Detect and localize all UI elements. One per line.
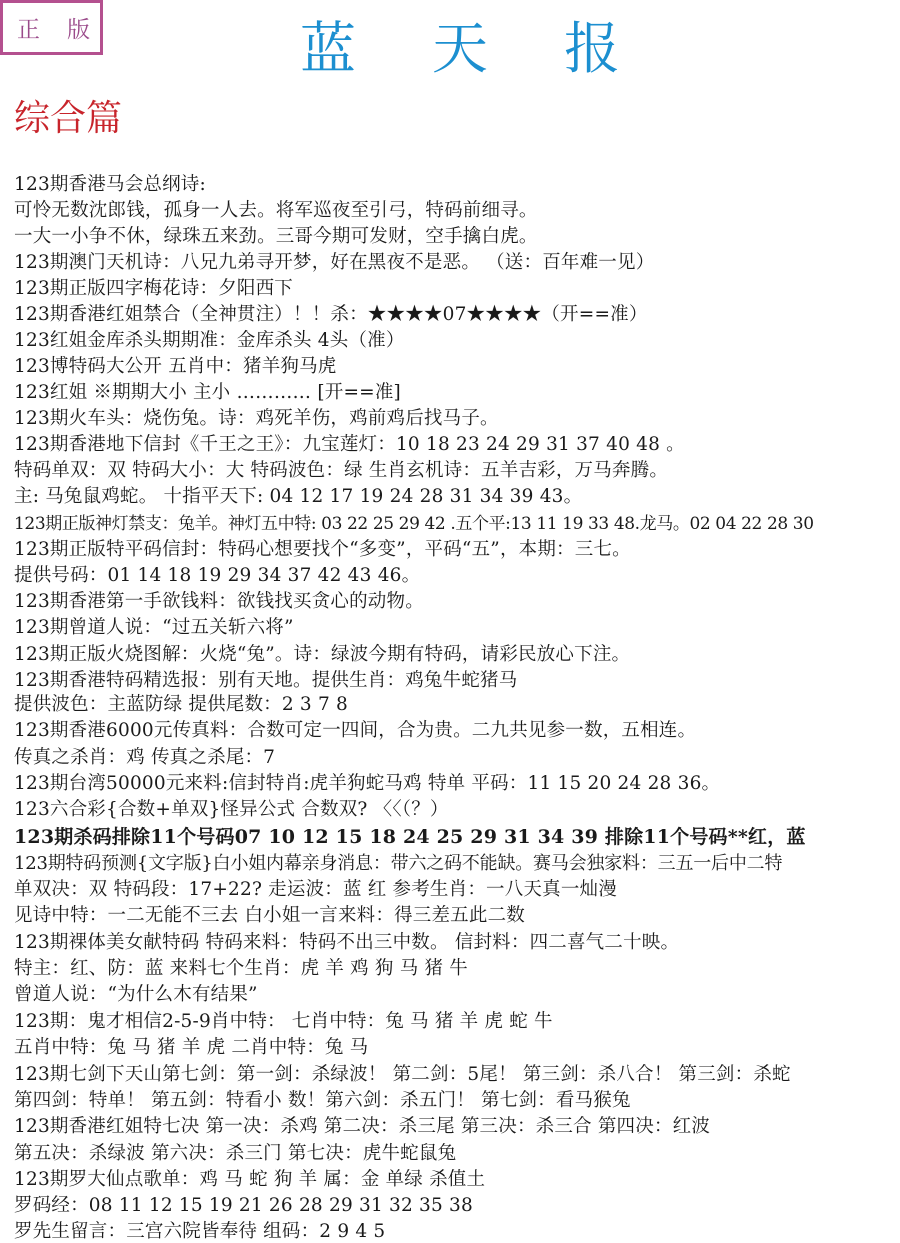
text-line: 123期裸体美女献特码 特码来料：特码不出三中数。 信封料：四二喜气二十映。 xyxy=(14,931,679,955)
text-line: 123期香港6000元传真料：合数可定一四间，合为贵。二九共见参一数，五相连。 xyxy=(14,719,696,743)
text-line: 123期香港特码精选报：别有天地。提供生肖：鸡兔牛蛇猪马 xyxy=(14,669,517,693)
section-heading: 综合篇 xyxy=(14,96,122,142)
text-line: 罗先生留言：三宫六院皆奉待 组码：2 9 4 5 xyxy=(14,1220,385,1243)
title-char: 天 xyxy=(432,18,488,82)
text-line: 123期曾道人说：“过五关斩六将” xyxy=(14,616,294,640)
text-line: 罗码经：08 11 12 15 19 21 26 28 29 31 32 35 … xyxy=(14,1194,473,1218)
text-line: 第五决：杀绿波 第六决：杀三门 第七决：虎牛蛇鼠兔 xyxy=(14,1142,456,1166)
text-line: 123期正版神灯禁支：兔羊。神灯五中特: 03 22 25 29 42 .五个平… xyxy=(14,512,814,536)
text-line: 123六合彩{合数+单双}怪异公式 合数双? 〈〈（？） xyxy=(14,798,449,822)
text-line: 123期正版四字梅花诗：夕阳西下 xyxy=(14,277,293,301)
text-line: 见诗中特：一二无能不三去 白小姐一言来料：得三差五此二数 xyxy=(14,904,525,928)
text-line: 可怜无数沈郎钱，孤身一人去。将军巡夜至引弓，特码前细寻。 xyxy=(14,199,538,223)
text-line: 123期香港红姐禁合（全神贯注）！！杀：★★★★07★★★★（开==准） xyxy=(14,303,648,327)
text-line: 123期：鬼才相信2-5-9肖中特： 七肖中特：兔 马 猪 羊 虎 蛇 牛 xyxy=(14,1010,553,1034)
text-line: 123博特码大公开 五肖中：猪羊狗马虎 xyxy=(14,355,337,379)
text-line: 123期香港红姐特七决 第一决：杀鸡 第二决：杀三尾 第三决：杀三合 第四决：红… xyxy=(14,1115,710,1139)
text-line: 123红姐 ※期期大小 主小 ………… [开==准] xyxy=(14,381,401,405)
title-char: 报 xyxy=(564,18,620,82)
text-line: 123期台湾50000元来料:信封特肖:虎羊狗蛇马鸡 特单 平码：11 15 2… xyxy=(14,772,720,796)
page-title: 蓝 天 报 xyxy=(300,18,620,82)
badge-char: 版 xyxy=(67,11,90,44)
text-line: 123期罗大仙点歌单：鸡 马 蛇 狗 羊 属：金 单绿 杀值土 xyxy=(14,1168,485,1192)
text-line: 123期特码预测{文字版}白小姐内幕亲身消息：带六之码不能缺。赛马会独家料：三五… xyxy=(14,852,782,876)
text-line: 单双决：双 特码段：17+22? 走运波：蓝 红 参考生肖：一八天真一灿漫 xyxy=(14,878,617,902)
text-line: 特主：红、防：蓝 来料七个生肖：虎 羊 鸡 狗 马 猪 牛 xyxy=(14,957,468,981)
text-line: 曾道人说：“为什么木有结果” xyxy=(14,983,258,1007)
text-line: 123期香港第一手欲钱料：欲钱找买贪心的动物。 xyxy=(14,590,424,614)
text-line: 123期火车头：烧伤兔。诗：鸡死羊伤，鸡前鸡后找马子。 xyxy=(14,407,499,431)
text-line: 123期澳门天机诗：八兄九弟寻开梦，好在黑夜不是恶。 （送：百年难一见） xyxy=(14,251,654,275)
text-line: 五肖中特：兔 马 猪 羊 虎 二肖中特：兔 马 xyxy=(14,1036,368,1060)
text-line: 提供波色：主蓝防绿 提供尾数：2 3 7 8 xyxy=(14,693,348,717)
text-line: 123期杀码排除11个号码07 10 12 15 18 24 25 29 31 … xyxy=(14,825,806,849)
text-line: 123期香港地下信封《千王之王》：九宝莲灯：10 18 23 24 29 31 … xyxy=(14,433,685,457)
text-line: 123期七剑下天山第七剑：第一剑：杀绿波！ 第二剑：5尾！ 第三剑：杀八合！ 第… xyxy=(14,1063,791,1087)
title-char: 蓝 xyxy=(300,18,356,82)
text-line: 123红姐金库杀头期期准：金库杀头 4头（准） xyxy=(14,329,405,353)
text-line: 123期香港马会总纲诗: xyxy=(14,173,206,197)
text-line: 一大一小争不休，绿珠五来劲。三哥今期可发财，空手擒白虎。 xyxy=(14,225,538,249)
text-line: 传真之杀肖：鸡 传真之杀尾：7 xyxy=(14,746,275,770)
text-line: 特码单双：双 特码大小：大 特码波色：绿 生肖玄机诗：五羊吉彩，万马奔腾。 xyxy=(14,459,668,483)
edition-badge: 正 版 xyxy=(0,0,103,55)
text-line: 123期正版特平码信封：特码心想要找个“多变”，平码“五”，本期：三七。 xyxy=(14,538,631,562)
text-line: 123期正版火烧图解：火烧“兔”。诗：绿波今期有特码，请彩民放心下注。 xyxy=(14,643,630,667)
text-line: 主: 马兔鼠鸡蛇。 十指平天下: 04 12 17 19 24 28 31 34… xyxy=(14,485,582,509)
badge-char: 正 xyxy=(17,11,40,44)
text-line: 第四剑：特单！ 第五剑：特看小 数！第六剑：杀五门！ 第七剑：看马猴兔 xyxy=(14,1089,631,1113)
text-line: 提供号码：01 14 18 19 29 34 37 42 43 46。 xyxy=(14,564,420,588)
